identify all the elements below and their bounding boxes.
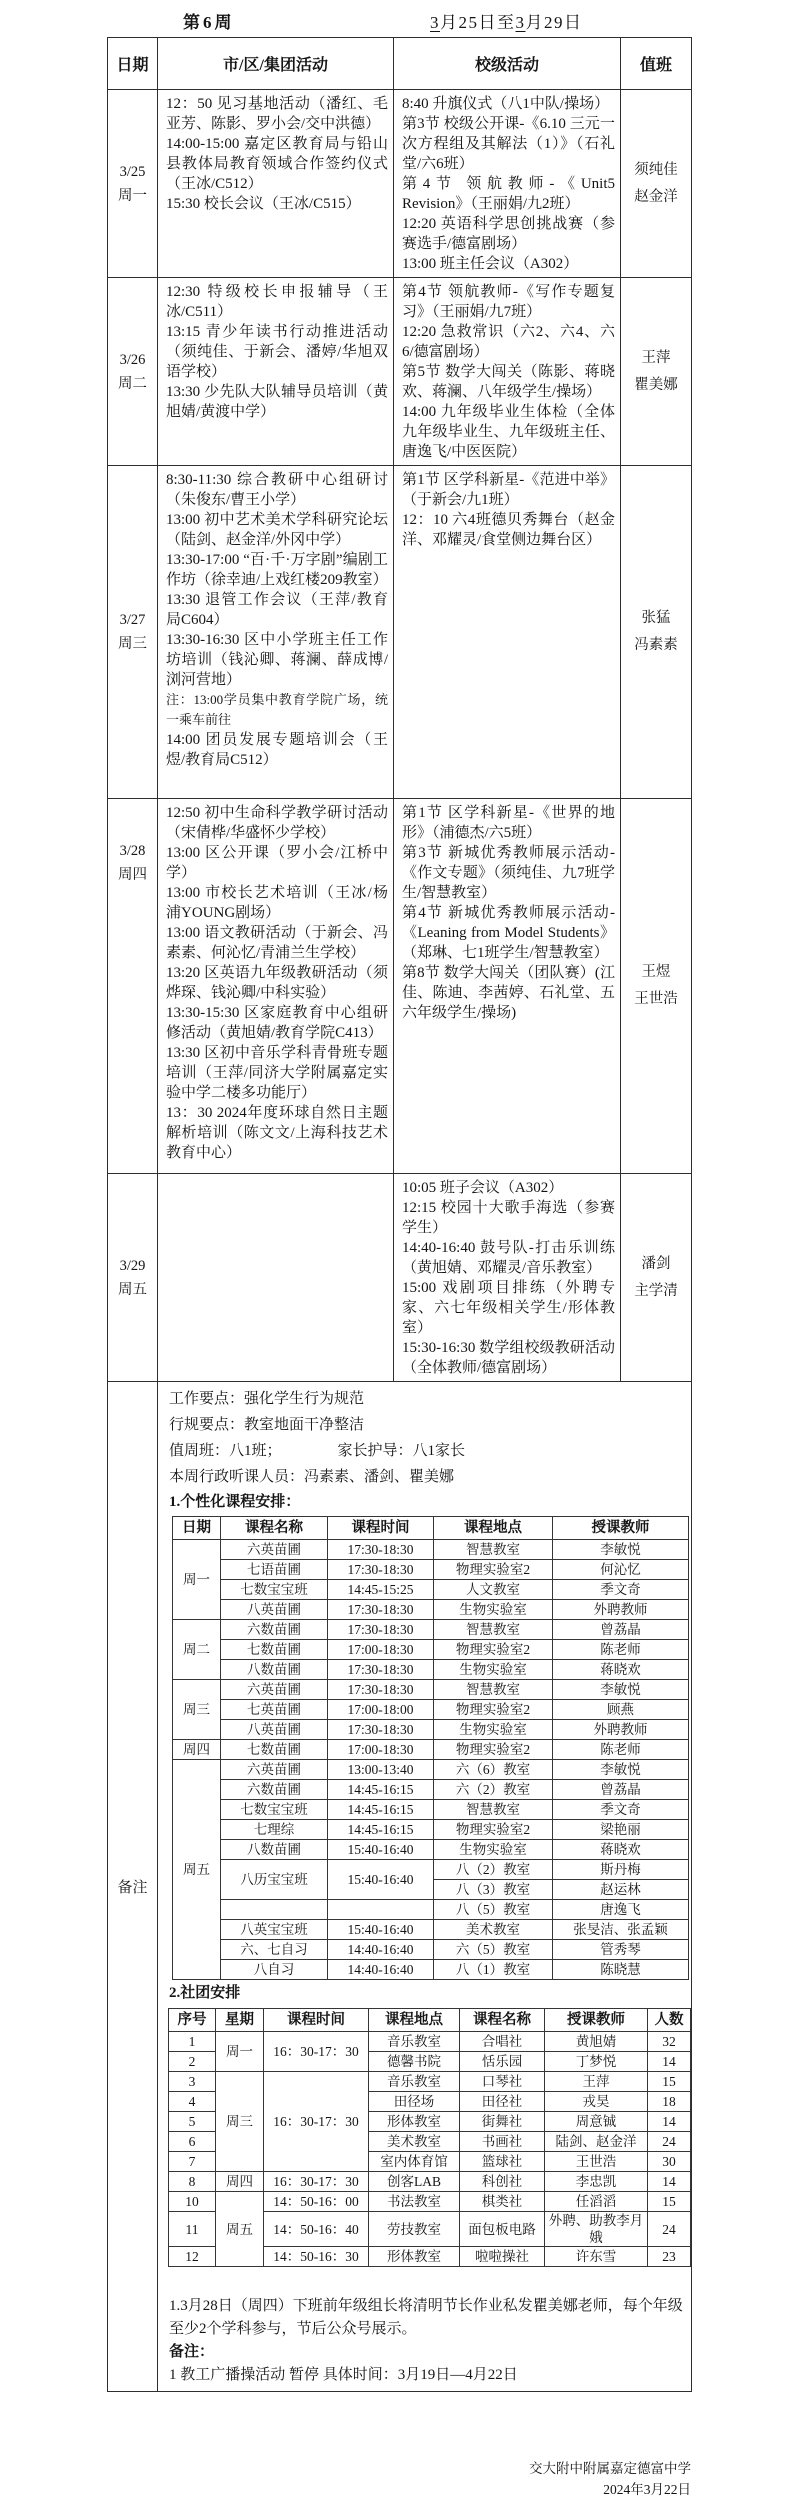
personal-course-cell: 唐逸飞 <box>553 1900 689 1920</box>
weekly-listeners: 本周行政听课人员：冯素素、潘剑、瞿美娜 <box>169 1464 683 1490</box>
date-cell: 3/27 周三 <box>108 466 158 799</box>
personal-course-cell: 六数苗圃 <box>221 1780 328 1800</box>
club-cell: 黄旭婧 <box>545 2032 648 2052</box>
activity-line: 14:40-16:40 鼓号队-打击乐训练（黄旭婧、邓耀灵/音乐教室） <box>402 1238 615 1278</box>
date-range-segment: 3 <box>430 13 440 32</box>
date-cell: 3/26 周二 <box>108 278 158 466</box>
personal-course-cell: 14:45-16:15 <box>328 1780 434 1800</box>
club-cell: 科创社 <box>460 2172 545 2192</box>
club-cell: 形体教室 <box>369 2247 460 2267</box>
club-row: 8周四16：30-17：30创客LAB科创社李忠凯14 <box>169 2172 691 2192</box>
club-cell: 篮球社 <box>460 2152 545 2172</box>
duty-name: 张猛 <box>621 605 691 632</box>
club-cell: 恬乐园 <box>460 2052 545 2072</box>
duty-cell: 须纯佳赵金洋 <box>621 90 692 278</box>
personal-course-cell: 斯丹梅 <box>553 1860 689 1880</box>
personal-course-row: 周一六英苗圃17:30-18:30智慧教室李敏悦 <box>173 1540 689 1560</box>
club-cell: 14：50-16：30 <box>264 2247 369 2267</box>
personal-course-cell: 人文教室 <box>434 1580 553 1600</box>
personal-course-row: 八英宝宝班15:40-16:40美术教室张旻洁、张孟颖 <box>173 1920 689 1940</box>
personal-course-cell: 七语苗圃 <box>221 1560 328 1580</box>
personal-course-cell: 15:40-16:40 <box>328 1920 434 1940</box>
parent-escort: 家长护导：八1家长 <box>338 1443 466 1459</box>
club-cell: 32 <box>648 2032 691 2052</box>
col-header-date: 日期 <box>108 38 158 90</box>
club-cell: 书画社 <box>460 2132 545 2152</box>
club-cell: 丁梦悦 <box>545 2052 648 2072</box>
personal-course-cell: 周三 <box>173 1680 221 1740</box>
club-cell: 8 <box>169 2172 216 2192</box>
school-activities-cell: 第1节 区学科新星-《世界的地形》（浦德杰/六5班）第3节 新城优秀教师展示活动… <box>394 799 621 1174</box>
personal-course-cell: 物理实验室2 <box>434 1740 553 1760</box>
school-activities-cell: 8:40 升旗仪式（八1中队/操场）第3节 校级公开课-《6.10 三元一次方程… <box>394 90 621 278</box>
activity-line: 第3节 新城优秀教师展示活动-《作文专题》（须纯佳、九7班学生/智慧教室） <box>402 843 615 903</box>
personal-course-cell <box>328 1900 434 1920</box>
personal-course-cell: 八数苗圃 <box>221 1840 328 1860</box>
personal-course-cell: 智慧教室 <box>434 1800 553 1820</box>
personal-course-cell: 17:00-18:00 <box>328 1700 434 1720</box>
city-activities-cell: 8:30-11:30 综合教研中心组研讨（朱俊东/曹王小学）13:00 初中艺术… <box>158 466 394 799</box>
club-header-cell: 课程名称 <box>460 2009 545 2032</box>
schedule-row-tue: 3/26 周二 12:30 特级校长申报辅导（王冰/C511）13:15 青少年… <box>108 278 692 466</box>
duty-name: 须纯佳 <box>621 157 691 184</box>
col-header-city: 市/区/集团活动 <box>158 38 394 90</box>
section2-title: 2.社团安排 <box>169 1981 683 2006</box>
date-cell: 3/25 周一 <box>108 90 158 278</box>
activity-line: 13:30-16:30 区中小学班主任工作坊培训（钱沁卿、蒋澜、薛成博/浏河营地… <box>166 630 388 690</box>
date-range-segment: 月25日至 <box>440 13 516 32</box>
school-activities-cell: 第4节 领航教师-《写作专题复习》（王丽娟/九7班）12:20 急救常识（六2、… <box>394 278 621 466</box>
club-cell: 16：30-17：30 <box>264 2172 369 2192</box>
notes-label: 备注 <box>108 1876 157 1897</box>
duty-name: 瞿美娜 <box>621 372 691 399</box>
club-cell: 12 <box>169 2247 216 2267</box>
personal-course-cell: 八历宝宝班 <box>221 1860 328 1900</box>
date-cell: 3/29 周五 <box>108 1174 158 1382</box>
personal-course-cell: 六数苗圃 <box>221 1620 328 1640</box>
activity-line: 第4节 新城优秀教师展示活动-《Leaning from Model Stude… <box>402 903 615 963</box>
date-label: 3/25 <box>108 160 157 184</box>
personal-course-cell: 八（2）教室 <box>434 1860 553 1880</box>
personal-course-cell: 七数苗圃 <box>221 1640 328 1660</box>
club-cell: 音乐教室 <box>369 2072 460 2092</box>
activity-line: 第8节 数学大闯关（团队赛）(江佳、陈迪、李茜婷、石礼堂、五六年级学生/操场) <box>402 963 615 1023</box>
activity-line: 第4节 领航教师-《Unit5 Revision》（王丽娟/九2班） <box>402 174 615 214</box>
personal-course-cell: 蒋晓欢 <box>553 1840 689 1860</box>
personal-course-cell: 曾荔晶 <box>553 1620 689 1640</box>
schedule-header-row: 日期 市/区/集团活动 校级活动 值班 <box>108 38 692 90</box>
club-cell: 周一 <box>216 2032 264 2072</box>
personal-course-cell: 17:00-18:30 <box>328 1740 434 1760</box>
personal-course-cell: 李敏悦 <box>553 1680 689 1700</box>
personal-course-cell: 六英苗圃 <box>221 1540 328 1560</box>
personal-course-cell: 八（1）教室 <box>434 1960 553 1980</box>
activity-line: 13:00 市校长艺术培训（王冰/杨浦YOUNG剧场） <box>166 883 388 923</box>
personal-course-row: 七理综14:45-16:15物理实验室2梁艳丽 <box>173 1820 689 1840</box>
personal-course-cell: 14:45-15:25 <box>328 1580 434 1600</box>
personal-course-cell: 14:40-16:40 <box>328 1960 434 1980</box>
personal-course-header-cell: 课程地点 <box>434 1517 553 1540</box>
personal-course-cell: 八英苗圃 <box>221 1600 328 1620</box>
personal-course-cell: 七理综 <box>221 1820 328 1840</box>
duty-cell: 潘剑主学清 <box>621 1174 692 1382</box>
club-cell: 棋类社 <box>460 2192 545 2212</box>
club-cell: 4 <box>169 2092 216 2112</box>
personal-course-row: 八英苗圃17:30-18:30生物实验室外聘教师 <box>173 1720 689 1740</box>
personal-course-cell: 美术教室 <box>434 1920 553 1940</box>
personal-course-cell: 八数苗圃 <box>221 1660 328 1680</box>
personal-course-cell: 八（3）教室 <box>434 1880 553 1900</box>
personal-course-header-cell: 授课教师 <box>553 1517 689 1540</box>
personal-course-cell: 六英苗圃 <box>221 1760 328 1780</box>
personal-course-cell: 六（2）教室 <box>434 1780 553 1800</box>
personal-course-cell: 张旻洁、张孟颖 <box>553 1920 689 1940</box>
duty-name: 王煜 <box>621 959 691 986</box>
club-cell: 18 <box>648 2092 691 2112</box>
club-cell: 15 <box>648 2192 691 2212</box>
activity-line: 15:30 校长会议（王冰/C515） <box>166 194 388 214</box>
club-cell: 陆剑、赵金洋 <box>545 2132 648 2152</box>
activity-line: 8:40 升旗仪式（八1中队/操场） <box>402 94 615 114</box>
activity-line: 13:20 区英语九年级教研活动（须烨琛、钱沁卿/中科实验） <box>166 963 388 1003</box>
section1-title: 1.个性化课程安排： <box>169 1490 683 1515</box>
personal-course-row: 七数苗圃17:00-18:30物理实验室2陈老师 <box>173 1640 689 1660</box>
activity-line: 13:00 班主任会议（A302） <box>402 254 615 274</box>
club-cell: 啦啦操社 <box>460 2247 545 2267</box>
holiday-homework-note: 1.3月28日（周四）下班前年级组长将清明节长作业私发瞿美娜老师，每个年级至少2… <box>169 2295 683 2341</box>
duty-cell: 王煜王世浩 <box>621 799 692 1174</box>
personal-course-cell: 七数苗圃 <box>221 1740 328 1760</box>
personal-course-cell: 六（5）教室 <box>434 1940 553 1960</box>
personal-course-cell: 17:30-18:30 <box>328 1620 434 1640</box>
date-label: 3/27 <box>108 608 157 632</box>
personal-course-cell: 外聘教师 <box>553 1600 689 1620</box>
club-cell: 王世浩 <box>545 2152 648 2172</box>
club-cell: 口琴社 <box>460 2072 545 2092</box>
club-cell: 田径场 <box>369 2092 460 2112</box>
personal-course-cell: 物理实验室2 <box>434 1700 553 1720</box>
personal-course-cell: 17:30-18:30 <box>328 1600 434 1620</box>
club-cell: 合唱社 <box>460 2032 545 2052</box>
city-activities-cell <box>158 1174 394 1382</box>
activity-line: 14:00-15:00 嘉定区教育局与铅山县教体局教育领域合作签约仪式（王冰/C… <box>166 134 388 194</box>
schedule-row-mon: 3/25 周一 12：50 见习基地活动（潘红、毛亚芳、陈影、罗小会/交中洪德）… <box>108 90 692 278</box>
personal-course-cell: 14:45-16:15 <box>328 1820 434 1840</box>
footer-school-name: 交大附中附属嘉定德富中学 <box>107 2458 691 2479</box>
activity-line: 12：50 见习基地活动（潘红、毛亚芳、陈影、罗小会/交中洪德） <box>166 94 388 134</box>
club-cell: 任滔滔 <box>545 2192 648 2212</box>
club-cell: 德馨书院 <box>369 2052 460 2072</box>
personal-course-cell: 七数宝宝班 <box>221 1800 328 1820</box>
club-cell: 5 <box>169 2112 216 2132</box>
personal-course-cell: 智慧教室 <box>434 1680 553 1700</box>
club-row: 3周三16：30-17：30音乐教室口琴社王萍15 <box>169 2072 691 2092</box>
club-cell: 30 <box>648 2152 691 2172</box>
personal-course-cell: 六、七自习 <box>221 1940 328 1960</box>
personal-course-cell: 七数宝宝班 <box>221 1580 328 1600</box>
personal-course-cell: 17:30-18:30 <box>328 1680 434 1700</box>
personal-course-cell: 蒋晓欢 <box>553 1660 689 1680</box>
club-cell: 室内体育馆 <box>369 2152 460 2172</box>
date-range: 3月25日至3月29日 <box>430 8 583 33</box>
personal-course-cell: 13:00-13:40 <box>328 1760 434 1780</box>
city-activities-cell: 12:50 初中生命科学教学研讨活动（宋倩桦/华盛怀少学校）13:00 区公开课… <box>158 799 394 1174</box>
club-cell: 王萍 <box>545 2072 648 2092</box>
personal-courses-table: 日期课程名称课程时间课程地点授课教师周一六英苗圃17:30-18:30智慧教室李… <box>172 1516 689 1980</box>
duty-name: 潘剑 <box>621 1251 691 1278</box>
club-cell: 15 <box>648 2072 691 2092</box>
personal-course-row: 七英苗圃17:00-18:00物理实验室2顾燕 <box>173 1700 689 1720</box>
remark-1: 1 教工广播操活动 暂停 具体时间：3月19日—4月22日 <box>169 2364 683 2387</box>
personal-course-cell: 生物实验室 <box>434 1720 553 1740</box>
personal-course-cell <box>221 1900 328 1920</box>
club-cell: 劳技教室 <box>369 2212 460 2247</box>
duty-week-line: 值周班：八1班；家长护导：八1家长 <box>169 1438 683 1464</box>
personal-course-cell: 17:00-18:30 <box>328 1640 434 1660</box>
activity-line: 14:00 团员发展专题培训会（王煜/教育局C512） <box>166 730 388 770</box>
club-cell: 音乐教室 <box>369 2032 460 2052</box>
activity-line: 第4节 领航教师-《写作专题复习》（王丽娟/九7班） <box>402 282 615 322</box>
weekday-label: 周五 <box>108 1278 157 1302</box>
club-cell: 周四 <box>216 2172 264 2192</box>
activity-line: 注：13:00学员集中教育学院广场，统一乘车前往 <box>166 690 388 730</box>
weekday-label: 周一 <box>108 184 157 208</box>
personal-course-row: 八英苗圃17:30-18:30生物实验室外聘教师 <box>173 1600 689 1620</box>
city-activities-cell: 12：50 见习基地活动（潘红、毛亚芳、陈影、罗小会/交中洪德）14:00-15… <box>158 90 394 278</box>
work-points: 工作要点：强化学生行为规范 <box>169 1386 683 1412</box>
personal-course-cell: 赵运林 <box>553 1880 689 1900</box>
club-cell: 外聘、助教李月娥 <box>545 2212 648 2247</box>
club-cell: 14 <box>648 2172 691 2192</box>
schedule-table: 日期 市/区/集团活动 校级活动 值班 3/25 周一 12：50 见习基地活动… <box>107 37 692 2392</box>
personal-course-row: 八自习14:40-16:40八（1）教室陈晓慧 <box>173 1960 689 1980</box>
col-header-school: 校级活动 <box>394 38 621 90</box>
club-cell: 形体教室 <box>369 2112 460 2132</box>
club-cell: 田径社 <box>460 2092 545 2112</box>
club-header-row: 序号星期课程时间课程地点课程名称授课教师人数 <box>169 2009 691 2032</box>
personal-course-cell: 物理实验室2 <box>434 1820 553 1840</box>
club-cell: 14 <box>648 2112 691 2132</box>
activity-line: 第1节 区学科新星-《世界的地形》（浦德杰/六5班） <box>402 803 615 843</box>
club-cell: 书法教室 <box>369 2192 460 2212</box>
personal-course-row: 七数宝宝班14:45-16:15智慧教室季文奇 <box>173 1800 689 1820</box>
activity-line: 13:30-15:30 区家庭教育中心组研修活动（黄旭婧/教育学院C413） <box>166 1003 388 1043</box>
weekly-schedule-page: 第6周 3月25日至3月29日 日期 市/区/集团活动 校级活动 值班 3/25… <box>0 0 796 2505</box>
personal-course-cell: 15:40-16:40 <box>328 1840 434 1860</box>
club-cell: 14：50-16：40 <box>264 2212 369 2247</box>
club-cell: 16：30-17：30 <box>264 2032 369 2072</box>
club-cell: 24 <box>648 2212 691 2247</box>
club-cell: 美术教室 <box>369 2132 460 2152</box>
personal-course-cell: 何沁忆 <box>553 1560 689 1580</box>
club-cell: 24 <box>648 2132 691 2152</box>
activity-line: 13:00 语文教研活动（于新会、冯素素、何沁忆/青浦兰生学校） <box>166 923 388 963</box>
activity-line: 12:20 英语科学思创挑战赛（参赛选手/德富剧场） <box>402 214 615 254</box>
personal-course-cell: 周五 <box>173 1760 221 1980</box>
city-activities-cell: 12:30 特级校长申报辅导（王冰/C511）13:15 青少年读书行动推进活动… <box>158 278 394 466</box>
club-cell: 3 <box>169 2072 216 2092</box>
personal-course-cell: 六英苗圃 <box>221 1680 328 1700</box>
club-cell: 10 <box>169 2192 216 2212</box>
activity-line: 第3节 校级公开课-《6.10 三元一次方程组及其解法（1）》（石礼堂/六6班） <box>402 114 615 174</box>
activity-line: 13:30 退管工作会议（王萍/教育局C604） <box>166 590 388 630</box>
personal-course-cell: 周二 <box>173 1620 221 1680</box>
club-cell: 周三 <box>216 2072 264 2172</box>
personal-course-cell: 17:30-18:30 <box>328 1540 434 1560</box>
club-cell: 11 <box>169 2212 216 2247</box>
personal-course-row: 八数苗圃17:30-18:30生物实验室蒋晓欢 <box>173 1660 689 1680</box>
duty-cell: 王萍瞿美娜 <box>621 278 692 466</box>
school-activities-cell: 10:05 班子会议（A302）12:15 校园十大歌手海选（参赛学生）14:4… <box>394 1174 621 1382</box>
club-header-cell: 人数 <box>648 2009 691 2032</box>
personal-course-cell: 生物实验室 <box>434 1660 553 1680</box>
footer-date: 2024年3月22日 <box>107 2479 691 2500</box>
duty-name: 王世浩 <box>621 986 691 1013</box>
personal-course-cell: 物理实验室2 <box>434 1640 553 1660</box>
club-cell: 创客LAB <box>369 2172 460 2192</box>
personal-course-cell: 17:30-18:30 <box>328 1560 434 1580</box>
personal-course-header-cell: 课程时间 <box>328 1517 434 1540</box>
personal-course-cell: 物理实验室2 <box>434 1560 553 1580</box>
schedule-row-thu: 3/28 周四 12:50 初中生命科学教学研讨活动（宋倩桦/华盛怀少学校）13… <box>108 799 692 1174</box>
personal-course-header-cell: 课程名称 <box>221 1517 328 1540</box>
club-cell: 街舞社 <box>460 2112 545 2132</box>
personal-course-cell: 顾燕 <box>553 1700 689 1720</box>
activity-line: 12:30 特级校长申报辅导（王冰/C511） <box>166 282 388 322</box>
duty-name: 赵金洋 <box>621 184 691 211</box>
club-cell: 14：50-16：00 <box>264 2192 369 2212</box>
col-header-duty: 值班 <box>621 38 692 90</box>
club-header-cell: 序号 <box>169 2009 216 2032</box>
personal-course-row: 八数苗圃15:40-16:40生物实验室蒋晓欢 <box>173 1840 689 1860</box>
club-header-cell: 课程时间 <box>264 2009 369 2032</box>
date-range-segment: 3 <box>516 13 526 32</box>
personal-course-cell: 陈老师 <box>553 1640 689 1660</box>
activity-line: 12:20 急救常识（六2、六4、六6/德富剧场） <box>402 322 615 362</box>
activity-line: 12：10 六4班德贝秀舞台（赵金洋、邓耀灵/食堂侧边舞台区） <box>402 510 615 550</box>
personal-course-row: 六、七自习14:40-16:40六（5）教室管秀琴 <box>173 1940 689 1960</box>
activity-line: 13:00 初中艺术美术学科研究论坛（陆剑、赵金洋/外冈中学） <box>166 510 388 550</box>
personal-course-cell: 14:40-16:40 <box>328 1940 434 1960</box>
conduct-points: 行规要点：教室地面干净整洁 <box>169 1412 683 1438</box>
activity-line: 13：30 2024年度环球自然日主题解析培训（陈文文/上海科技艺术教育中心） <box>166 1103 388 1163</box>
personal-course-header-cell: 日期 <box>173 1517 221 1540</box>
personal-course-cell: 智慧教室 <box>434 1620 553 1640</box>
personal-course-cell: 八英苗圃 <box>221 1720 328 1740</box>
club-row: 1周一16：30-17：30音乐教室合唱社黄旭婧32 <box>169 2032 691 2052</box>
duty-name: 主学清 <box>621 1278 691 1305</box>
personal-course-cell: 17:30-18:30 <box>328 1660 434 1680</box>
club-cell: 6 <box>169 2132 216 2152</box>
personal-course-cell: 15:40-16:40 <box>328 1860 434 1900</box>
club-cell: 戎昊 <box>545 2092 648 2112</box>
clubs-table: 序号星期课程时间课程地点课程名称授课教师人数1周一16：30-17：30音乐教室… <box>168 2008 691 2267</box>
schedule-row-wed: 3/27 周三 8:30-11:30 综合教研中心组研讨（朱俊东/曹王小学）13… <box>108 466 692 799</box>
personal-course-cell: 周一 <box>173 1540 221 1620</box>
personal-course-cell: 管秀琴 <box>553 1940 689 1960</box>
notes-label-cell: 备注 <box>108 1382 158 2392</box>
club-cell: 1 <box>169 2032 216 2052</box>
personal-course-cell: 八自习 <box>221 1960 328 1980</box>
club-cell: 14 <box>648 2052 691 2072</box>
activity-line: 8:30-11:30 综合教研中心组研讨（朱俊东/曹王小学） <box>166 470 388 510</box>
personal-course-cell: 七英苗圃 <box>221 1700 328 1720</box>
weekday-label: 周三 <box>108 632 157 656</box>
personal-course-cell: 季文奇 <box>553 1800 689 1820</box>
personal-course-cell: 季文奇 <box>553 1580 689 1600</box>
date-label: 3/29 <box>108 1254 157 1278</box>
personal-course-row: 八历宝宝班15:40-16:40八（2）教室斯丹梅 <box>173 1860 689 1880</box>
personal-course-row: 周二六数苗圃17:30-18:30智慧教室曾荔晶 <box>173 1620 689 1640</box>
personal-course-row: 七数宝宝班14:45-15:25人文教室季文奇 <box>173 1580 689 1600</box>
personal-course-row: 七语苗圃17:30-18:30物理实验室2何沁忆 <box>173 1560 689 1580</box>
activity-line: 15:30-16:30 数学组校级教研活动（全体教师/德富剧场） <box>402 1338 615 1378</box>
activity-line: 第1节 区学科新星-《范进中举》（于新会/九1班） <box>402 470 615 510</box>
activity-line: 13:30 少先队大队辅导员培训（黄旭婧/黄渡中学） <box>166 382 388 422</box>
personal-course-row: 六数苗圃14:45-16:15六（2）教室曾荔晶 <box>173 1780 689 1800</box>
personal-course-header-row: 日期课程名称课程时间课程地点授课教师 <box>173 1517 689 1540</box>
duty-cell: 张猛冯素素 <box>621 466 692 799</box>
personal-course-cell: 外聘教师 <box>553 1720 689 1740</box>
personal-course-row: 周三六英苗圃17:30-18:30智慧教室李敏悦 <box>173 1680 689 1700</box>
date-label: 3/28 <box>108 839 157 863</box>
personal-course-row: 八（5）教室唐逸飞 <box>173 1900 689 1920</box>
club-row: 10周五14：50-16：00书法教室棋类社任滔滔15 <box>169 2192 691 2212</box>
remark-label: 备注： <box>169 2341 683 2364</box>
club-cell: 23 <box>648 2247 691 2267</box>
date-range-segment: 月29日 <box>526 13 583 32</box>
personal-course-cell: 八（5）教室 <box>434 1900 553 1920</box>
weekday-label: 周二 <box>108 372 157 396</box>
personal-course-cell: 智慧教室 <box>434 1540 553 1560</box>
weekday-label: 周四 <box>108 863 157 887</box>
club-cell: 周五 <box>216 2192 264 2267</box>
activity-line: 13:00 区公开课（罗小会/江桥中学） <box>166 843 388 883</box>
personal-course-cell: 14:45-16:15 <box>328 1800 434 1820</box>
personal-course-cell: 八英宝宝班 <box>221 1920 328 1940</box>
personal-course-cell: 17:30-18:30 <box>328 1720 434 1740</box>
personal-course-cell: 周四 <box>173 1740 221 1760</box>
duty-name: 冯素素 <box>621 632 691 659</box>
duty-class: 值周班：八1班； <box>169 1443 282 1459</box>
club-cell: 2 <box>169 2052 216 2072</box>
page-footer: 交大附中附属嘉定德富中学 2024年3月22日 <box>107 2458 691 2500</box>
personal-course-cell: 六（6）教室 <box>434 1760 553 1780</box>
personal-course-cell: 陈晓慧 <box>553 1960 689 1980</box>
club-cell: 许东雪 <box>545 2247 648 2267</box>
activity-line: 12:50 初中生命科学教学研讨活动（宋倩桦/华盛怀少学校） <box>166 803 388 843</box>
club-cell: 16：30-17：30 <box>264 2072 369 2172</box>
activity-line: 13:30 区初中音乐学科青骨班专题培训（王萍/同济大学附属嘉定实验中学二楼多功… <box>166 1043 388 1103</box>
club-cell: 面包板电路 <box>460 2212 545 2247</box>
activity-line: 12:15 校园十大歌手海选（参赛学生） <box>402 1198 615 1238</box>
notes-row: 备注 工作要点：强化学生行为规范 行规要点：教室地面干净整洁 值周班：八1班；家… <box>108 1382 692 2392</box>
club-cell: 周意铖 <box>545 2112 648 2132</box>
date-cell: 3/28 周四 <box>108 799 158 1174</box>
notes-content-cell: 工作要点：强化学生行为规范 行规要点：教室地面干净整洁 值周班：八1班；家长护导… <box>158 1382 692 2392</box>
club-header-cell: 课程地点 <box>369 2009 460 2032</box>
activity-line: 10:05 班子会议（A302） <box>402 1178 615 1198</box>
personal-course-cell: 李敏悦 <box>553 1540 689 1560</box>
schedule-row-fri: 3/29 周五 10:05 班子会议（A302）12:15 校园十大歌手海选（参… <box>108 1174 692 1382</box>
school-activities-cell: 第1节 区学科新星-《范进中举》（于新会/九1班）12：10 六4班德贝秀舞台（… <box>394 466 621 799</box>
personal-course-row: 周四七数苗圃17:00-18:30物理实验室2陈老师 <box>173 1740 689 1760</box>
personal-course-cell: 曾荔晶 <box>553 1780 689 1800</box>
activity-line: 14:00 九年级毕业生体检（全体九年级毕业生、九年级班主任、唐逸飞/中医医院） <box>402 402 615 462</box>
personal-course-cell: 梁艳丽 <box>553 1820 689 1840</box>
club-cell: 李忠凯 <box>545 2172 648 2192</box>
week-title: 第6周 <box>183 8 235 33</box>
